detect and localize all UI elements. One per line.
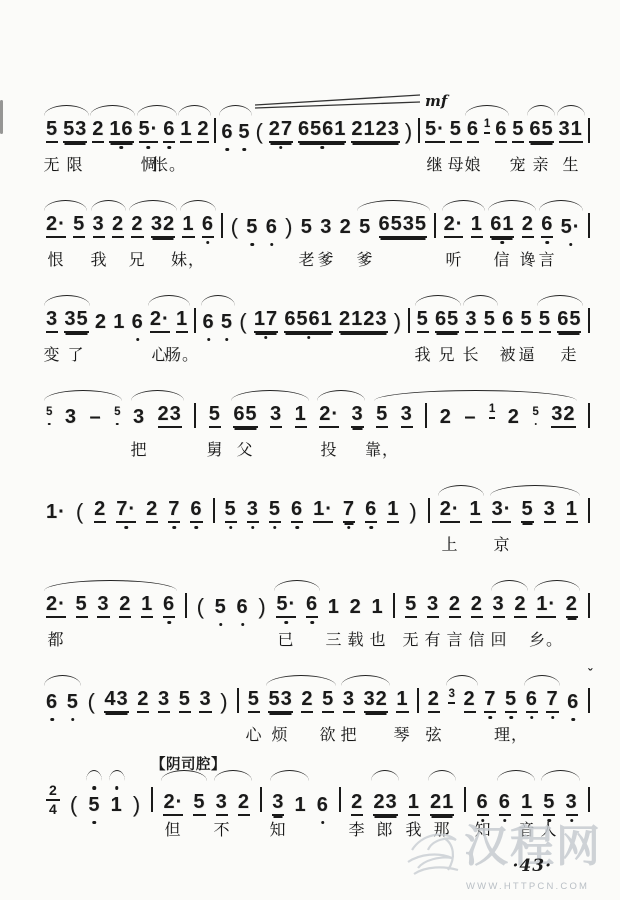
lyric-syllable: 音 xyxy=(518,817,535,840)
note-token: 5 xyxy=(88,794,100,816)
lyric-syllable: 琴 xyxy=(393,722,410,745)
note-token: 2 xyxy=(566,593,578,618)
note-token: 5· xyxy=(425,118,445,143)
note-token: 5 xyxy=(417,308,429,333)
note-token: 1 xyxy=(295,794,307,816)
slur-arc xyxy=(557,105,585,116)
note-token: 3 xyxy=(401,403,413,428)
note-token: 7 xyxy=(168,498,180,523)
note-token: 5 xyxy=(73,213,85,238)
dash-extender: – xyxy=(89,406,101,428)
lyric-syllable: 也 xyxy=(369,627,386,650)
slur-arc xyxy=(527,105,555,116)
lyric-syllable: 有 xyxy=(424,627,441,650)
note-token: 7 xyxy=(484,688,496,713)
note-token: 2· xyxy=(440,498,460,523)
lyric-syllable: 我 xyxy=(414,342,431,365)
barline xyxy=(185,593,187,618)
note-token: 65 xyxy=(529,118,553,143)
parenthesis: ) xyxy=(285,215,293,239)
note-token: 2· xyxy=(46,213,66,238)
slur-arc xyxy=(44,105,89,116)
note-token: 6 xyxy=(306,593,318,618)
note-token: 3 xyxy=(46,308,58,333)
watermark-site-url: WWW.HTTPCN.COM xyxy=(466,881,589,892)
note-token: 53 xyxy=(63,118,87,143)
note-token: 2 xyxy=(340,216,352,238)
lyric-syllable: 怅。 xyxy=(152,152,186,175)
lyric-syllable: 烦 xyxy=(271,722,288,745)
note-token: 3 xyxy=(97,593,109,618)
note-token: 5· xyxy=(276,593,296,618)
note-token: 1 xyxy=(521,791,533,816)
score-system: 53–5323565312·3532–12532把舅父投靠， xyxy=(46,381,590,476)
note-token: 6 xyxy=(291,498,303,523)
note-token: 5 xyxy=(46,118,58,143)
note-token: 17 xyxy=(254,308,278,333)
note-token: 23 xyxy=(158,403,182,428)
note-token: 6 xyxy=(221,121,233,143)
slur-arc xyxy=(90,105,135,116)
slur-arc xyxy=(231,390,309,401)
note-token: 1 xyxy=(471,213,483,238)
note-token: 2 xyxy=(464,688,476,713)
note-token: 5 xyxy=(225,498,237,523)
slur-arc xyxy=(131,390,184,401)
lyric-syllable: 限 xyxy=(66,152,83,175)
lyric-syllable: 靠， xyxy=(365,437,399,460)
note-token: 2 xyxy=(514,593,526,618)
slur-arc xyxy=(201,295,235,306)
slur-arc xyxy=(438,485,484,496)
grace-note: 5 xyxy=(532,406,538,419)
barline xyxy=(214,118,216,143)
note-token: 3 xyxy=(133,406,145,428)
slur-arc xyxy=(148,295,190,306)
slur-arc xyxy=(374,390,577,401)
note-token: 6 xyxy=(567,691,579,713)
note-token: 2 xyxy=(238,791,250,816)
note-token: 5 xyxy=(543,791,555,816)
note-token: 3 xyxy=(93,213,105,238)
parenthesis: ) xyxy=(133,793,141,817)
lyric-syllable: 心 xyxy=(245,722,262,745)
note-token: 3 xyxy=(544,498,556,523)
barline xyxy=(464,787,466,812)
lyric-syllable: 兄 xyxy=(128,247,145,270)
slur-arc xyxy=(317,390,365,401)
lyric-syllable: 肠。 xyxy=(165,342,199,365)
note-token: 1 xyxy=(111,794,123,816)
slur-arc xyxy=(341,675,390,686)
note-row: 1·(27·27653561·761)2·13·531 xyxy=(46,498,590,523)
note-row: 2·53223216(56)532565352·161265· xyxy=(46,213,590,238)
lyric-syllable: 回 xyxy=(490,627,507,650)
note-token: 2 xyxy=(92,118,104,143)
lyric-syllable: 继 xyxy=(426,152,443,175)
note-token: 1 xyxy=(176,308,188,333)
lyric-syllable: 那 xyxy=(433,817,450,840)
parenthesis: ) xyxy=(394,310,402,334)
note-token: 6 xyxy=(203,311,215,333)
dash-extender: – xyxy=(464,406,476,428)
slur-arc xyxy=(180,200,216,211)
note-token: 5 xyxy=(359,216,371,238)
note-token: 2 xyxy=(137,688,149,713)
note-token: 1 xyxy=(396,688,408,713)
score-system: 24(51)2·53231622312166153但不知李郎我那知音人【阴司腔】 xyxy=(46,761,590,856)
lyric-syllable: 三 xyxy=(325,627,342,650)
note-token: 6 xyxy=(46,691,58,713)
barline xyxy=(194,308,196,333)
lyric-syllable: 听 xyxy=(445,247,462,270)
note-token: 3 xyxy=(247,498,259,523)
note-token: 27 xyxy=(269,118,293,143)
note-token: 2 xyxy=(301,688,313,713)
lyric-syllable: 母 xyxy=(447,152,464,175)
note-token: 2· xyxy=(163,791,183,816)
grace-note: 1 xyxy=(489,403,495,419)
lyric-syllable: 走 xyxy=(560,342,577,365)
note-token: 5 xyxy=(301,216,313,238)
barline xyxy=(428,498,430,523)
lyric-syllable: 被 xyxy=(499,342,516,365)
note-token: 6 xyxy=(467,118,479,143)
slur-arc xyxy=(109,770,125,781)
slur-arc xyxy=(91,200,126,211)
slur-arc xyxy=(44,390,122,401)
score-system: 3352162·165(1765612123)5653565565变了心肠。我兄… xyxy=(46,286,590,381)
note-token: 5 xyxy=(179,688,191,713)
slur-arc xyxy=(534,580,580,591)
barline xyxy=(213,498,215,523)
note-token: 5 xyxy=(450,118,462,143)
note-token: 6 xyxy=(163,118,175,143)
barline xyxy=(408,308,410,333)
note-token: 3 xyxy=(343,688,355,713)
lyric-syllable: 恨 xyxy=(47,247,64,270)
parenthesis: ) xyxy=(258,595,266,619)
note-token: 2· xyxy=(150,308,170,333)
barline xyxy=(151,787,153,812)
note-row: 65(432353)55325332123275676 xyxy=(46,688,590,713)
note-token: 2 xyxy=(94,498,106,523)
note-token: 3 xyxy=(270,403,282,428)
note-row: 2·53216(56)5·61215322321·2 xyxy=(46,593,590,618)
note-token: 6 xyxy=(541,213,553,238)
note-token: 6 xyxy=(202,213,214,238)
note-token: 5 xyxy=(215,596,227,618)
barline xyxy=(418,118,420,143)
lyric-syllable: 弦 xyxy=(425,722,442,745)
note-token: 1 xyxy=(408,791,420,816)
lyric-syllable: 乡。 xyxy=(529,627,563,650)
note-token: 5 xyxy=(539,308,551,333)
note-token: 6 xyxy=(163,593,175,618)
lyric-syllable: 了 xyxy=(67,342,84,365)
score-system: 2·53216(56)5·61215322321·2都已三载也无有言信回乡。 xyxy=(46,571,590,666)
time-signature-denominator: 4 xyxy=(49,801,57,817)
slur-arc xyxy=(274,580,320,591)
note-token: 3 xyxy=(272,791,284,816)
lyric-syllable: 人 xyxy=(540,817,557,840)
barline xyxy=(260,787,262,812)
lyric-syllable: 爹 xyxy=(317,247,334,270)
barline xyxy=(588,213,590,238)
barline xyxy=(221,213,223,238)
note-row: 53–5323565312·3532–12532 xyxy=(46,403,590,428)
note-token: 2 xyxy=(508,406,520,428)
parenthesis: ) xyxy=(405,120,413,144)
note-token: 5 xyxy=(322,688,334,713)
note-token: 65 xyxy=(233,403,257,428)
barline xyxy=(588,593,590,618)
parenthesis: ( xyxy=(239,310,247,334)
note-token: 2 xyxy=(146,498,158,523)
note-token: 6 xyxy=(317,794,329,816)
slur-arc xyxy=(524,675,560,686)
note-token: 2 xyxy=(440,406,452,428)
note-token: 5 xyxy=(246,216,258,238)
note-token: 5 xyxy=(521,308,533,333)
barline xyxy=(434,213,436,238)
slur-arc xyxy=(446,675,478,686)
scan-artifact xyxy=(0,100,3,134)
parenthesis: ) xyxy=(409,500,417,524)
score-system: 5532165·61265(2765612123)5·561656531无限惆怅… xyxy=(46,96,590,191)
parenthesis: ( xyxy=(197,595,205,619)
note-token: 1· xyxy=(536,593,556,618)
note-token: 32 xyxy=(364,688,388,713)
note-token: 2· xyxy=(46,593,66,618)
lyric-syllable: 京 xyxy=(493,532,510,555)
note-token: 2 xyxy=(428,688,440,713)
note-token: 31 xyxy=(559,118,583,143)
note-token: 5 xyxy=(269,498,281,523)
note-token: 2 xyxy=(350,596,362,618)
parenthesis: ( xyxy=(70,793,78,817)
barline xyxy=(588,308,590,333)
note-token: 3 xyxy=(351,403,363,428)
note-token: 1 xyxy=(470,498,482,523)
lyric-syllable: 娘 xyxy=(464,152,481,175)
lyric-syllable: 舅 xyxy=(206,437,223,460)
note-token: 5 xyxy=(484,308,496,333)
note-row: 24(51)2·53231622312166153 xyxy=(46,783,590,816)
grace-note: 1 xyxy=(484,118,490,134)
note-token: 1· xyxy=(313,498,333,523)
lyric-syllable: 已 xyxy=(277,627,294,650)
barline xyxy=(393,593,395,618)
lyric-syllable: 把 xyxy=(340,722,357,745)
section-label: 【阴司腔】 xyxy=(151,753,226,774)
parenthesis: ) xyxy=(220,690,228,714)
note-token: 2 xyxy=(471,593,483,618)
note-token: 3 xyxy=(158,688,170,713)
slur-arc xyxy=(129,200,177,211)
barline xyxy=(425,403,427,428)
note-token: 32 xyxy=(551,403,575,428)
note-token: 3 xyxy=(566,791,578,816)
note-token: 2 xyxy=(119,593,131,618)
note-token: 1 xyxy=(141,593,153,618)
note-token: 35 xyxy=(64,308,88,333)
note-token: 5· xyxy=(561,216,581,238)
note-token: 3 xyxy=(493,593,505,618)
slur-arc xyxy=(219,105,252,116)
note-token: 2 xyxy=(351,791,363,816)
lyric-syllable: 但 xyxy=(164,817,181,840)
note-token: 7· xyxy=(116,498,136,523)
grace-note: 3 xyxy=(448,688,454,704)
parenthesis: ( xyxy=(87,690,95,714)
note-token: 53 xyxy=(268,688,292,713)
lyric-syllable: 把 xyxy=(130,437,147,460)
slur-arc xyxy=(428,770,456,781)
lyric-syllable: 生 xyxy=(562,152,579,175)
barline xyxy=(588,118,590,143)
slur-arc xyxy=(537,295,583,306)
slur-arc xyxy=(465,105,509,116)
time-signature: 24 xyxy=(46,783,60,816)
note-token: 21 xyxy=(430,791,454,816)
note-token: 1 xyxy=(328,596,340,618)
note-token: 5 xyxy=(209,403,221,428)
barline xyxy=(417,688,419,713)
note-token: 5 xyxy=(238,121,250,143)
note-token: 6 xyxy=(236,596,248,618)
note-token: 2 xyxy=(522,213,534,238)
barline xyxy=(194,403,196,428)
note-token: 6561 xyxy=(298,118,347,143)
lyric-syllable: 父 xyxy=(236,437,253,460)
note-token: 6 xyxy=(526,688,538,713)
lyric-syllable: 老 xyxy=(298,247,315,270)
parenthesis: ( xyxy=(231,215,239,239)
slur-arc xyxy=(178,105,211,116)
note-token: 2 xyxy=(95,311,107,333)
note-token: 3 xyxy=(465,308,477,333)
note-token: 5· xyxy=(139,118,159,143)
note-token: 6 xyxy=(502,308,514,333)
note-token: 5 xyxy=(505,688,517,713)
lyric-syllable: 宠 xyxy=(509,152,526,175)
note-token: 6535 xyxy=(379,213,428,238)
lyric-syllable: 逼 xyxy=(518,342,535,365)
lyric-syllable: 无 xyxy=(43,152,60,175)
note-token: 5 xyxy=(193,791,205,816)
lyric-syllable: 信 xyxy=(468,627,485,650)
note-token: 2123 xyxy=(339,308,388,333)
barline xyxy=(237,688,239,713)
note-token: 61 xyxy=(490,213,514,238)
lyric-syllable: 言 xyxy=(446,627,463,650)
note-token: 1 xyxy=(387,498,399,523)
note-token: 6 xyxy=(266,216,278,238)
parenthesis: ( xyxy=(255,120,263,144)
slur-arc xyxy=(371,770,399,781)
slur-arc xyxy=(490,485,580,496)
lyric-syllable: 妹， xyxy=(171,247,205,270)
lyric-syllable: 欲 xyxy=(319,722,336,745)
slur-arc xyxy=(44,200,87,211)
slur-arc xyxy=(491,580,528,591)
slur-arc xyxy=(541,770,580,781)
lyric-syllable: 郎 xyxy=(376,817,393,840)
slur-arc xyxy=(270,770,309,781)
note-token: 23 xyxy=(373,791,397,816)
time-signature-numerator: 2 xyxy=(46,783,60,801)
lyric-syllable: 理， xyxy=(494,722,528,745)
note-token: 1 xyxy=(182,213,194,238)
lyric-syllable: 信 xyxy=(493,247,510,270)
breath-mark: ˇ xyxy=(588,666,592,681)
lyric-syllable: 李 xyxy=(348,817,365,840)
note-token: 1 xyxy=(113,311,125,333)
lyric-syllable: 我 xyxy=(90,247,107,270)
barline xyxy=(339,787,341,812)
page-number: ·43· xyxy=(513,856,553,876)
note-token: 3 xyxy=(199,688,211,713)
lyric-syllable: 载 xyxy=(347,627,364,650)
note-token: 5 xyxy=(67,691,79,713)
note-token: 3 xyxy=(65,406,77,428)
barline xyxy=(588,688,590,713)
note-token: 6 xyxy=(132,311,144,333)
note-token: 32 xyxy=(151,213,175,238)
note-token: 7 xyxy=(546,688,558,713)
note-token: 2 xyxy=(197,118,209,143)
slur-arc xyxy=(357,200,430,211)
dynamic-marking: mf xyxy=(425,92,447,110)
note-token: 1· xyxy=(46,501,66,523)
lyric-syllable: 谗 xyxy=(519,247,536,270)
note-token: 65 xyxy=(557,308,581,333)
lyric-syllable: 长 xyxy=(462,342,479,365)
note-token: 5 xyxy=(405,593,417,618)
music-score: 5532165·61265(2765612123)5·561656531无限惆怅… xyxy=(46,96,590,856)
note-token: 6 xyxy=(477,791,489,816)
note-token: 2123 xyxy=(351,118,400,143)
note-token: 5 xyxy=(521,498,533,523)
crescendo-hairpin xyxy=(255,94,420,110)
lyric-syllable: 我 xyxy=(405,817,422,840)
slur-arc xyxy=(442,200,485,211)
note-token: 65 xyxy=(435,308,459,333)
lyric-syllable: 上 xyxy=(441,532,458,555)
slur-arc xyxy=(44,675,81,686)
score-system: 2·53223216(56)532565352·161265·恨我兄妹，老爹爹听… xyxy=(46,191,590,286)
note-token: 6 xyxy=(499,791,511,816)
lyric-syllable: 知 xyxy=(269,817,286,840)
note-token: 6 xyxy=(365,498,377,523)
note-token: 5 xyxy=(512,118,524,143)
note-token: 5 xyxy=(221,311,233,333)
barline xyxy=(588,787,590,812)
score-page: 5532165·61265(2765612123)5·561656531无限惆怅… xyxy=(0,0,620,900)
note-token: 5 xyxy=(76,593,88,618)
slur-arc xyxy=(488,200,536,211)
note-token: 6561 xyxy=(284,308,333,333)
note-token: 3 xyxy=(216,791,228,816)
slur-arc xyxy=(497,770,535,781)
slur-arc xyxy=(86,770,102,781)
note-token: 2 xyxy=(131,213,143,238)
note-token: 2 xyxy=(449,593,461,618)
grace-note: 5 xyxy=(46,406,52,419)
barline xyxy=(588,403,590,428)
score-system: 65(432353)55325332123275676心烦欲把琴弦理，ˇ xyxy=(46,666,590,761)
